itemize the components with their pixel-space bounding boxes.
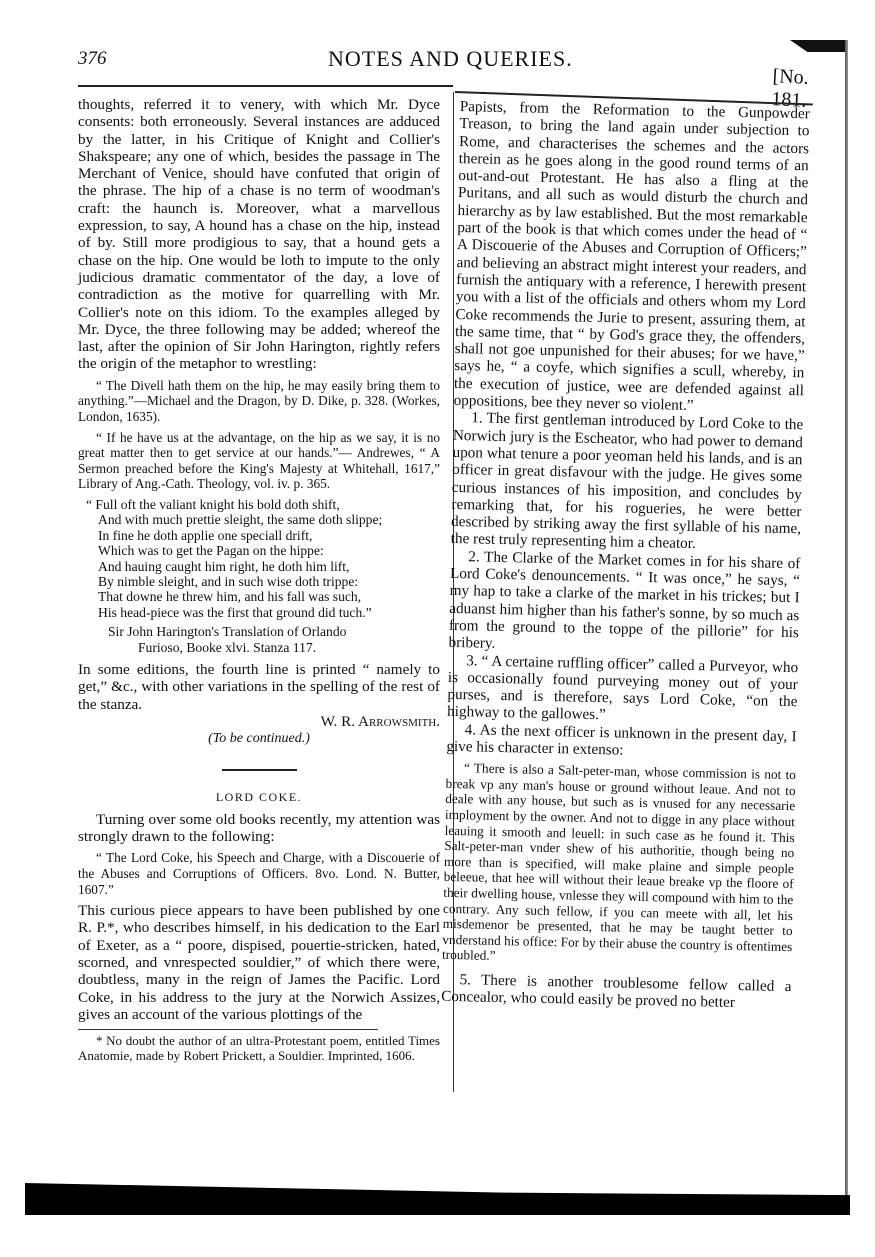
quotation: “ If he have us at the advantage, on the… (78, 430, 440, 492)
right-column: Papists, from the Reformation to the Gun… (441, 98, 810, 1013)
section-title: LORD COKE. (78, 789, 440, 806)
left-column: thoughts, referred it to venery, with wh… (78, 96, 440, 1063)
paragraph: Papists, from the Reformation to the Gun… (453, 98, 809, 417)
footnote: * No doubt the author of an ultra-Protes… (78, 1034, 440, 1063)
verse-line: “ Full oft the valiant knight his bold d… (86, 497, 440, 512)
verse-line: His head-piece was the first that ground… (86, 605, 440, 620)
quotation: “ There is also a Salt-peter-man, whose … (442, 760, 796, 970)
numbered-item: 1. The first gentleman introduced by Lor… (451, 409, 804, 555)
section-separator (222, 769, 297, 771)
to-be-continued: (To be continued.) (78, 730, 440, 747)
quotation: “ The Divell hath them on the hip, he ma… (78, 378, 440, 425)
footnote-rule (78, 1029, 378, 1030)
verse-line: And with much prettie sleight, the same … (86, 512, 440, 527)
scanned-page: 376 NOTES AND QUERIES. [No. 181. thought… (0, 0, 875, 1257)
paragraph: thoughts, referred it to venery, with wh… (78, 96, 440, 373)
quotation: “ The Lord Coke, his Speech and Charge, … (78, 850, 440, 897)
numbered-item: 2. The Clarke of the Market comes in for… (448, 548, 800, 659)
numbered-item: 5. There is another troublesome fellow c… (441, 971, 792, 1013)
running-title: NOTES AND QUERIES. (328, 46, 573, 72)
page-number: 376 (78, 48, 107, 70)
verse-attribution: Sir John Harington's Translation of Orla… (78, 624, 440, 639)
paragraph: Turning over some old books recently, my… (78, 811, 440, 846)
verse-line: In fine he doth applie one speciall drif… (86, 528, 440, 543)
page-edge-right (845, 40, 848, 1215)
verse-line: That downe he threw him, and his fall wa… (86, 589, 440, 604)
verse-attribution: Furioso, Booke xlvi. Stanza 117. (78, 640, 440, 655)
page-header: 376 NOTES AND QUERIES. [No. 181. (78, 48, 808, 88)
header-rule-left (78, 85, 453, 87)
author-signature: W. R. Arrowsmith. (78, 713, 440, 730)
page-bottom-shadow (25, 1183, 850, 1215)
verse-line: By nimble sleight, and in such wise doth… (86, 574, 440, 589)
paragraph: In some editions, the fourth line is pri… (78, 661, 440, 713)
verse-quotation: “ Full oft the valiant knight his bold d… (86, 497, 440, 620)
verse-line: Which was to get the Pagan on the hippe: (86, 543, 440, 558)
numbered-item: 4. As the next officer is unknown in the… (446, 721, 797, 763)
numbered-item: 3. “ A certaine ruffling officer” called… (447, 651, 798, 728)
verse-line: And hauing caught him right, he doth him… (86, 559, 440, 574)
paragraph: This curious piece appears to have been … (78, 902, 440, 1023)
